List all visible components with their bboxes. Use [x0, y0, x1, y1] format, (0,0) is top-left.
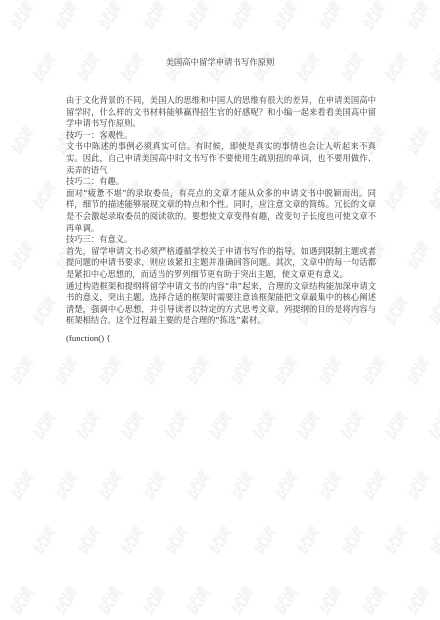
code-fragment: (function() {	[66, 333, 111, 343]
tip-two-heading: 技巧二：有趣。	[66, 176, 376, 188]
document-title: 美国高中留学申请书写作原则	[0, 57, 440, 68]
tip-three-paragraph-2: 通过构造框架和提纲将留学申请文书的内容“串”起来，合理的文章结构能加深申请文书的…	[66, 281, 376, 327]
tip-three-heading: 技巧三：有意义。	[66, 234, 376, 246]
intro-paragraph: 由于文化背景的不同，美国人的思维和中国人的思维有很大的差异，在申请美国高中留学时…	[66, 95, 376, 130]
tip-one-heading: 技巧一：客观性。	[66, 130, 376, 142]
tip-two-paragraph: 面对“疲惫不堪”的录取委员，有亮点的文章才能从众多的申请文书中脱颖而出。同样，细…	[66, 188, 376, 234]
document-page: 美国高中留学申请书写作原则 由于文化背景的不同，美国人的思维和中国人的思维有很大…	[0, 0, 440, 620]
tip-three-paragraph-1: 首先，留学申请文书必须严格遵循学校关于申请书写作的指导。如遇到限制主题或者提问题…	[66, 246, 376, 281]
tip-one-paragraph: 文书中陈述的事例必须真实可信。有时候，即使是真实的事情也会让人听起来不真实。因此…	[66, 141, 376, 176]
document-body: 由于文化背景的不同，美国人的思维和中国人的思维有很大的差异，在申请美国高中留学时…	[66, 95, 376, 327]
